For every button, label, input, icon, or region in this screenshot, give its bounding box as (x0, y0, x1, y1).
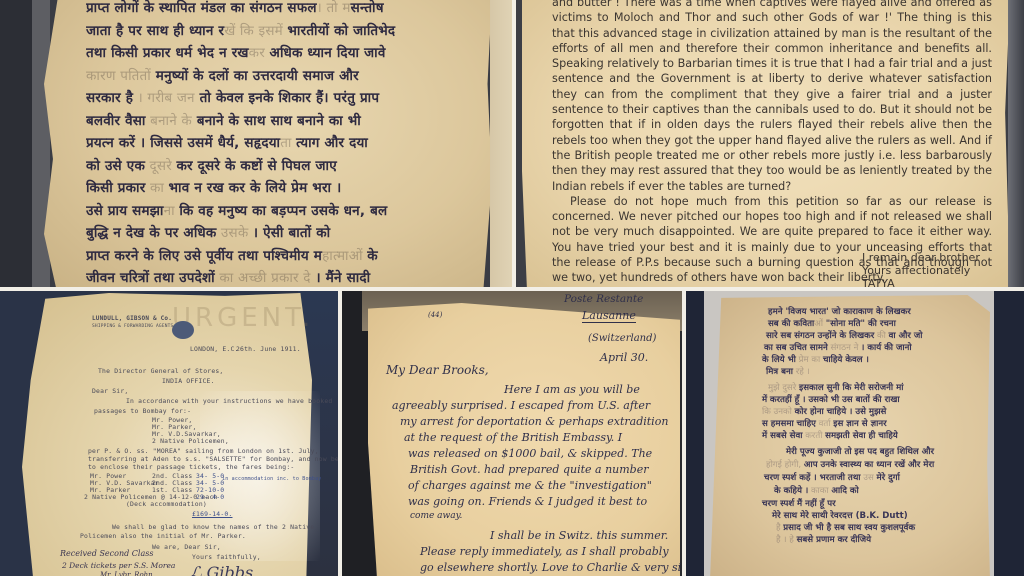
address-line: Lausanne (582, 309, 636, 323)
faded-ink: कारण पतितों (86, 68, 151, 84)
ink-text: बनाने के साथ साथ बनाने का भी (192, 113, 361, 129)
text-line: मुझे दुसरे इसकाल सुनी कि मेरी सरोजनी मां (768, 381, 903, 393)
ink-text: बुद्धि न देख के पर अधिक (86, 225, 216, 241)
text-line: जाता है पर साथ ही ध्यान रखें कि इसमें भा… (86, 21, 466, 39)
handwritten-letter-panel: Poste Restante Lausanne (Switzerland) Ap… (342, 291, 682, 576)
typed-letter-panel: and butter ! There was a time when capti… (516, 0, 1024, 287)
ink-text: कि वह मनुष्य का बड़प्पन उसके धन, बल (179, 203, 387, 219)
fare-note: (Deck accommodation) (126, 500, 207, 508)
ink-text: मेरे साथ मेरे साथी (772, 511, 828, 521)
hindi-manuscript-panel-top: प्राप्त लोगों के स्थापित मंडल का संगठन स… (0, 0, 512, 287)
faded-ink: काका (808, 486, 831, 496)
text-line: होगई होगी, आप उनके स्वास्थ्य का ध्यान रख… (766, 458, 934, 470)
ink-text: चरण स्पर्श कहें । भरताजी तथा (764, 473, 861, 483)
ink-text: तथा किसी प्रकार धर्म भेद न रख (86, 45, 249, 61)
valediction: Yours faithfully, (192, 553, 261, 561)
handwritten-line: I shall be in Switz. this summer. (490, 529, 668, 542)
ink-text: । मैंने सादी (311, 270, 371, 286)
ink-text: सारे सब संगठन उन्होंने के लिखकर (766, 331, 874, 341)
fare-annotation: in accommodation inc. to Bombay (222, 476, 322, 482)
ink-text: सरकार है (86, 90, 133, 106)
ink-text: प्रसाद जी भी है सब साथ स्वय कुशलपूर्वक (783, 523, 915, 533)
faded-ink: खें कि इसमें (224, 23, 287, 39)
page-mark: (44) (428, 311, 442, 319)
text-line: स हमसमा चाहिए वर्ता इस ज्ञान से ज्ञानर (762, 417, 887, 429)
faded-ink: हात्माओं (322, 248, 367, 264)
text-line: मित्र बना रहे । (766, 365, 810, 377)
text-line: है । हे सबसे प्रणाम कर दीजिये (776, 533, 871, 545)
ink-text: जाता है पर साथ ही ध्यान र (86, 23, 224, 39)
ink-text: । कार्य की जानो (861, 343, 911, 353)
faded-ink: कर (249, 45, 270, 61)
faded-ink: उसके (216, 225, 252, 241)
ink-text: के (367, 248, 378, 264)
adjacent-document-edge (490, 0, 512, 287)
text-line: सारे सब संगठन उन्होंने के लिखकर की वा और… (766, 329, 922, 341)
faded-ink: बनाने के (146, 113, 192, 129)
panel-separator (512, 0, 516, 287)
ink-text: इस पद बहुत शिथिल और (854, 447, 934, 457)
panel-separator (338, 291, 342, 576)
body-line-1: In accordance with your instructions we … (126, 397, 332, 405)
ink-text: मेरी पूज्य कुजाजी तो (786, 447, 852, 457)
text-line: कि उनको कोर होना चाहिये । उसे मुझसे (762, 405, 886, 417)
text-line: चरण स्पर्श कहें । भरताजी तथा उस मेरे दुर… (764, 471, 900, 483)
ink-text: स हमसमा चाहिए (762, 419, 816, 429)
faded-ink: की (874, 331, 888, 341)
ink-text: बलवीर वैसा (86, 113, 146, 129)
faded-ink: दूसरे (145, 158, 176, 174)
ink-text: प्राप्त लोगों के स्थापित मंडल का संगठन स… (86, 0, 317, 16)
text-line: में करतहीं हूँ । उसको भी उस बातों की राख… (762, 393, 900, 405)
text-line: में सबसे सेवा करती समझती सेवा ही चाहिये (762, 429, 898, 441)
ink-text: प्रयत्न करें । जिससे उसमें धैर्य, सहृदया (86, 135, 280, 151)
faded-ink: होगई होगी, (766, 460, 804, 470)
ink-text: हमने 'विजय भारत' जो काराकाण के लिखकर (768, 307, 911, 317)
faded-ink: कि उनको (762, 407, 795, 417)
salutation: My Dear Brooks, (386, 363, 489, 377)
recipient: The Director General of Stores, (98, 367, 223, 375)
passenger-4: 2 Native Policemen, (152, 437, 229, 445)
ink-text: वा और जो (889, 331, 923, 341)
handwritten-line: go elsewhere shortly. Love to Charlie & … (420, 561, 682, 574)
handwritten-note-3: Mr. Lybr. Rohn (100, 571, 153, 576)
ink-text: अधिक ध्यान दिया जावे (269, 45, 385, 61)
text-line: सब की कविताओं "सोना मति" की रचना (768, 317, 896, 329)
date: 26th. June 1911. (236, 345, 301, 353)
ink-text: के लिये भी (762, 355, 796, 365)
faded-ink: का अच्छी प्रकार दे (215, 270, 311, 286)
faded-ink: ओं (814, 319, 826, 329)
text-line: प्राप्त करने के लिए उसे पूर्वीय तथा पश्च… (86, 246, 466, 264)
faded-ink: ना (164, 203, 180, 219)
ink-text: चाहिये केवल । (823, 355, 869, 365)
body-line-5: to enclose their passage tickets, the fa… (88, 463, 294, 471)
ink-text: तो केवल इनके शिकार हैं। परंतु प्राप (195, 90, 380, 106)
ink-text: सबसे प्रणाम कर दीजिये (797, 535, 871, 545)
faded-ink: प्रेम का (796, 355, 823, 365)
address-line: Poste Restante (564, 293, 643, 305)
handwritten-line: was released on $1000 bail, & skipped. T… (408, 447, 652, 460)
address: LONDON, E.C. (190, 345, 239, 353)
handwritten-line: Please reply immediately, as I shall pro… (420, 545, 669, 558)
ink-text: सन्तोष (351, 0, 384, 16)
ink-text: आप उनके स्वास्थ्य का ध्यान रखें और मेरा (804, 460, 934, 470)
text-line: हमने 'विजय भारत' जो काराकाण के लिखकर (768, 305, 911, 317)
handwritten-line: was going on. Friends & I judged it best… (408, 495, 647, 508)
ink-text: किसी प्रकार (86, 180, 145, 196)
faded-ink: उस (861, 473, 877, 483)
faded-ink: ता (280, 135, 296, 151)
text-line: चरण स्पर्श मैं नहीं हूँ पर (762, 497, 836, 509)
text-line: जीवन चरित्रों तथा उपदेशों का अच्छी प्रका… (86, 268, 466, 286)
text-line: मेरी पूज्य कुजाजी तो इस पद बहुत शिथिल और (786, 445, 934, 457)
recipient-office: INDIA OFFICE. (162, 377, 215, 385)
ink-text: त्याग और दया (296, 135, 368, 151)
hindi-manuscript-panel-bottom: हमने 'विजय भारत' जो काराकाण के लिखकरसब क… (686, 291, 1024, 576)
text-line: तथा किसी प्रकार धर्म भेद न रखकर अधिक ध्य… (86, 43, 466, 61)
text-line: मेरे साथ मेरे साथी रेवरदत्त (B.K. Dutt) (772, 509, 908, 521)
text-line: बलवीर वैसा बनाने के बनाने के साथ साथ बना… (86, 111, 466, 129)
ink-text: को उसे एक (86, 158, 145, 174)
letterhead-subtitle: SHIPPING & FORWARDING AGENTS (92, 324, 173, 329)
ink-text: के कहिये । (774, 486, 808, 496)
ink-text: "सोना मति" की रचना (826, 319, 896, 329)
handwritten-line: my arrest for deportation & perhaps extr… (400, 415, 668, 428)
text-line: बुद्धि न देख के पर अधिक उसके । ऐसी बातों… (86, 223, 466, 241)
ink-text: आदि को (831, 486, 858, 496)
ink-text: करतहीं हूँ । उसको भी उस बातों की राखा (770, 395, 900, 405)
ink-text: इस ज्ञान से ज्ञानर (833, 419, 886, 429)
letter-body: and butter ! There was a time when capti… (552, 0, 992, 287)
fare-total: £169-14-0. (192, 510, 232, 518)
ink-text: इसकाल सुनी कि मेरी सरोजनी मां (799, 383, 903, 393)
faded-ink: । तो म (317, 0, 351, 16)
text-line: किसी प्रकार का भाव न रख कर के लिये प्रेम… (86, 178, 466, 196)
handwritten-line: at the request of the British Embassy. I (404, 431, 622, 444)
handwritten-line: agreeably surprised. I escaped from U.S.… (392, 399, 650, 412)
ink-text: मनुष्यों के दलों का उत्तरदायी समाज और (151, 68, 359, 84)
closing: We are, Dear Sir, (152, 543, 221, 551)
closing: I remain dear brother (862, 251, 980, 265)
faded-ink: संगठन ने (828, 343, 861, 353)
signature-name: TATYA (862, 277, 895, 287)
handwritten-line: Here I am as you will be (504, 383, 640, 396)
text-line: उसे प्राय समझाना कि वह मनुष्य का बड़प्पन… (86, 201, 466, 219)
ink-text: मेरे दुर्गा (877, 473, 900, 483)
faded-ink: वर्ता (816, 419, 833, 429)
paragraph-1: and butter ! There was a time when capti… (552, 0, 992, 194)
text-line: को उसे एक दूसरे कर दूसरे के कष्टों से पि… (86, 156, 466, 174)
body-line-3: per P. & O. ss. "MOREA" sailing from Lon… (88, 447, 319, 455)
ink-text: रेवरदत्त (B.K. Dutt) (830, 511, 907, 521)
ink-text: उसे प्राय समझा (86, 203, 164, 219)
handwritten-line: come away. (410, 511, 462, 521)
ink-text: भारतीयों को जातिभेद (287, 23, 395, 39)
valediction: Yours affectionately (862, 264, 970, 278)
text-line: के लिये भी प्रेम का चाहिये केवल । (762, 353, 869, 365)
ink-text: सब की कविता (768, 319, 814, 329)
text-line: का सब उचित सामने संगठन ने । कार्य की जान… (764, 341, 912, 353)
ink-text: कर दूसरे के कष्टों से पिघल जाए (176, 158, 336, 174)
business-letter-panel: URGENT. LUNDULL, GIBSON & Co. SHIPPING &… (0, 291, 338, 576)
handwritten-note-1: Received Second Class (60, 549, 153, 558)
ink-text: जीवन चरित्रों तथा उपदेशों (86, 270, 215, 286)
ink-text: चरण स्पर्श (762, 499, 794, 509)
body-line-2: passages to Bombay for:- (94, 407, 191, 415)
handwritten-note-2: 2 Deck tickets per S.S. Morea (62, 561, 175, 570)
ink-text: समझती सेवा ही चाहिये (825, 431, 898, 441)
panel-separator (682, 291, 686, 576)
faded-ink: मुझे दुसरे (768, 383, 799, 393)
ink-text: प्राप्त करने के लिए उसे पूर्वीय तथा पश्च… (86, 248, 322, 264)
ink-text: भाव न रख कर के लिये प्रेम भरा । (169, 180, 342, 196)
ink-text: का सब उचित सामने (764, 343, 828, 353)
body-line-7: Policemen also the initial of Mr. Parker… (80, 532, 246, 540)
frame-edge (1008, 0, 1024, 287)
faded-ink: । गरीब जन (133, 90, 195, 106)
panel-separator (0, 287, 1024, 291)
handwritten-line: British Govt. had prepared quite a numbe… (410, 463, 649, 476)
ink-text: मित्र बना (766, 367, 793, 377)
text-line: है प्रसाद जी भी है सब साथ स्वय कुशलपूर्व… (776, 521, 915, 533)
text-line: प्रयत्न करें । जिससे उसमें धैर्य, सहृदया… (86, 133, 466, 151)
ink-text: मैं नहीं हूँ पर (797, 499, 836, 509)
ink-text: । ऐसी बातों को (253, 225, 330, 241)
body-line-4: transferring at Aden to s.s. "SALSETTE" … (88, 455, 338, 463)
body-line-6: We shall be glad to know the names of th… (112, 523, 314, 531)
ink-text: में सबसे सेवा (762, 431, 802, 441)
ink-text: कोर होना चाहिये । उसे मुझसे (795, 407, 887, 417)
text-line: प्राप्त लोगों के स्थापित मंडल का संगठन स… (86, 0, 466, 16)
text-line: के कहिये । काका आदि को (774, 484, 859, 496)
text-line: कारण पतितों मनुष्यों के दलों का उत्तरदाय… (86, 66, 466, 84)
signature-scrawl: ℒ.Gibbs (190, 563, 253, 576)
letter-date: April 30. (600, 351, 648, 364)
faded-ink: है । हे (776, 535, 797, 545)
faded-ink: करती (802, 431, 825, 441)
salutation: Dear Sir, (92, 387, 128, 395)
address-line: (Switzerland) (588, 333, 656, 344)
faded-ink: रहे । (793, 367, 810, 377)
handwritten-line: of charges against me & the "investigati… (408, 479, 652, 492)
letterhead: LUNDULL, GIBSON & Co. (92, 315, 172, 322)
company-seal-icon (172, 321, 194, 339)
text-line: सरकार है । गरीब जन तो केवल इनके शिकार है… (86, 88, 466, 106)
faded-ink: का (145, 180, 168, 196)
